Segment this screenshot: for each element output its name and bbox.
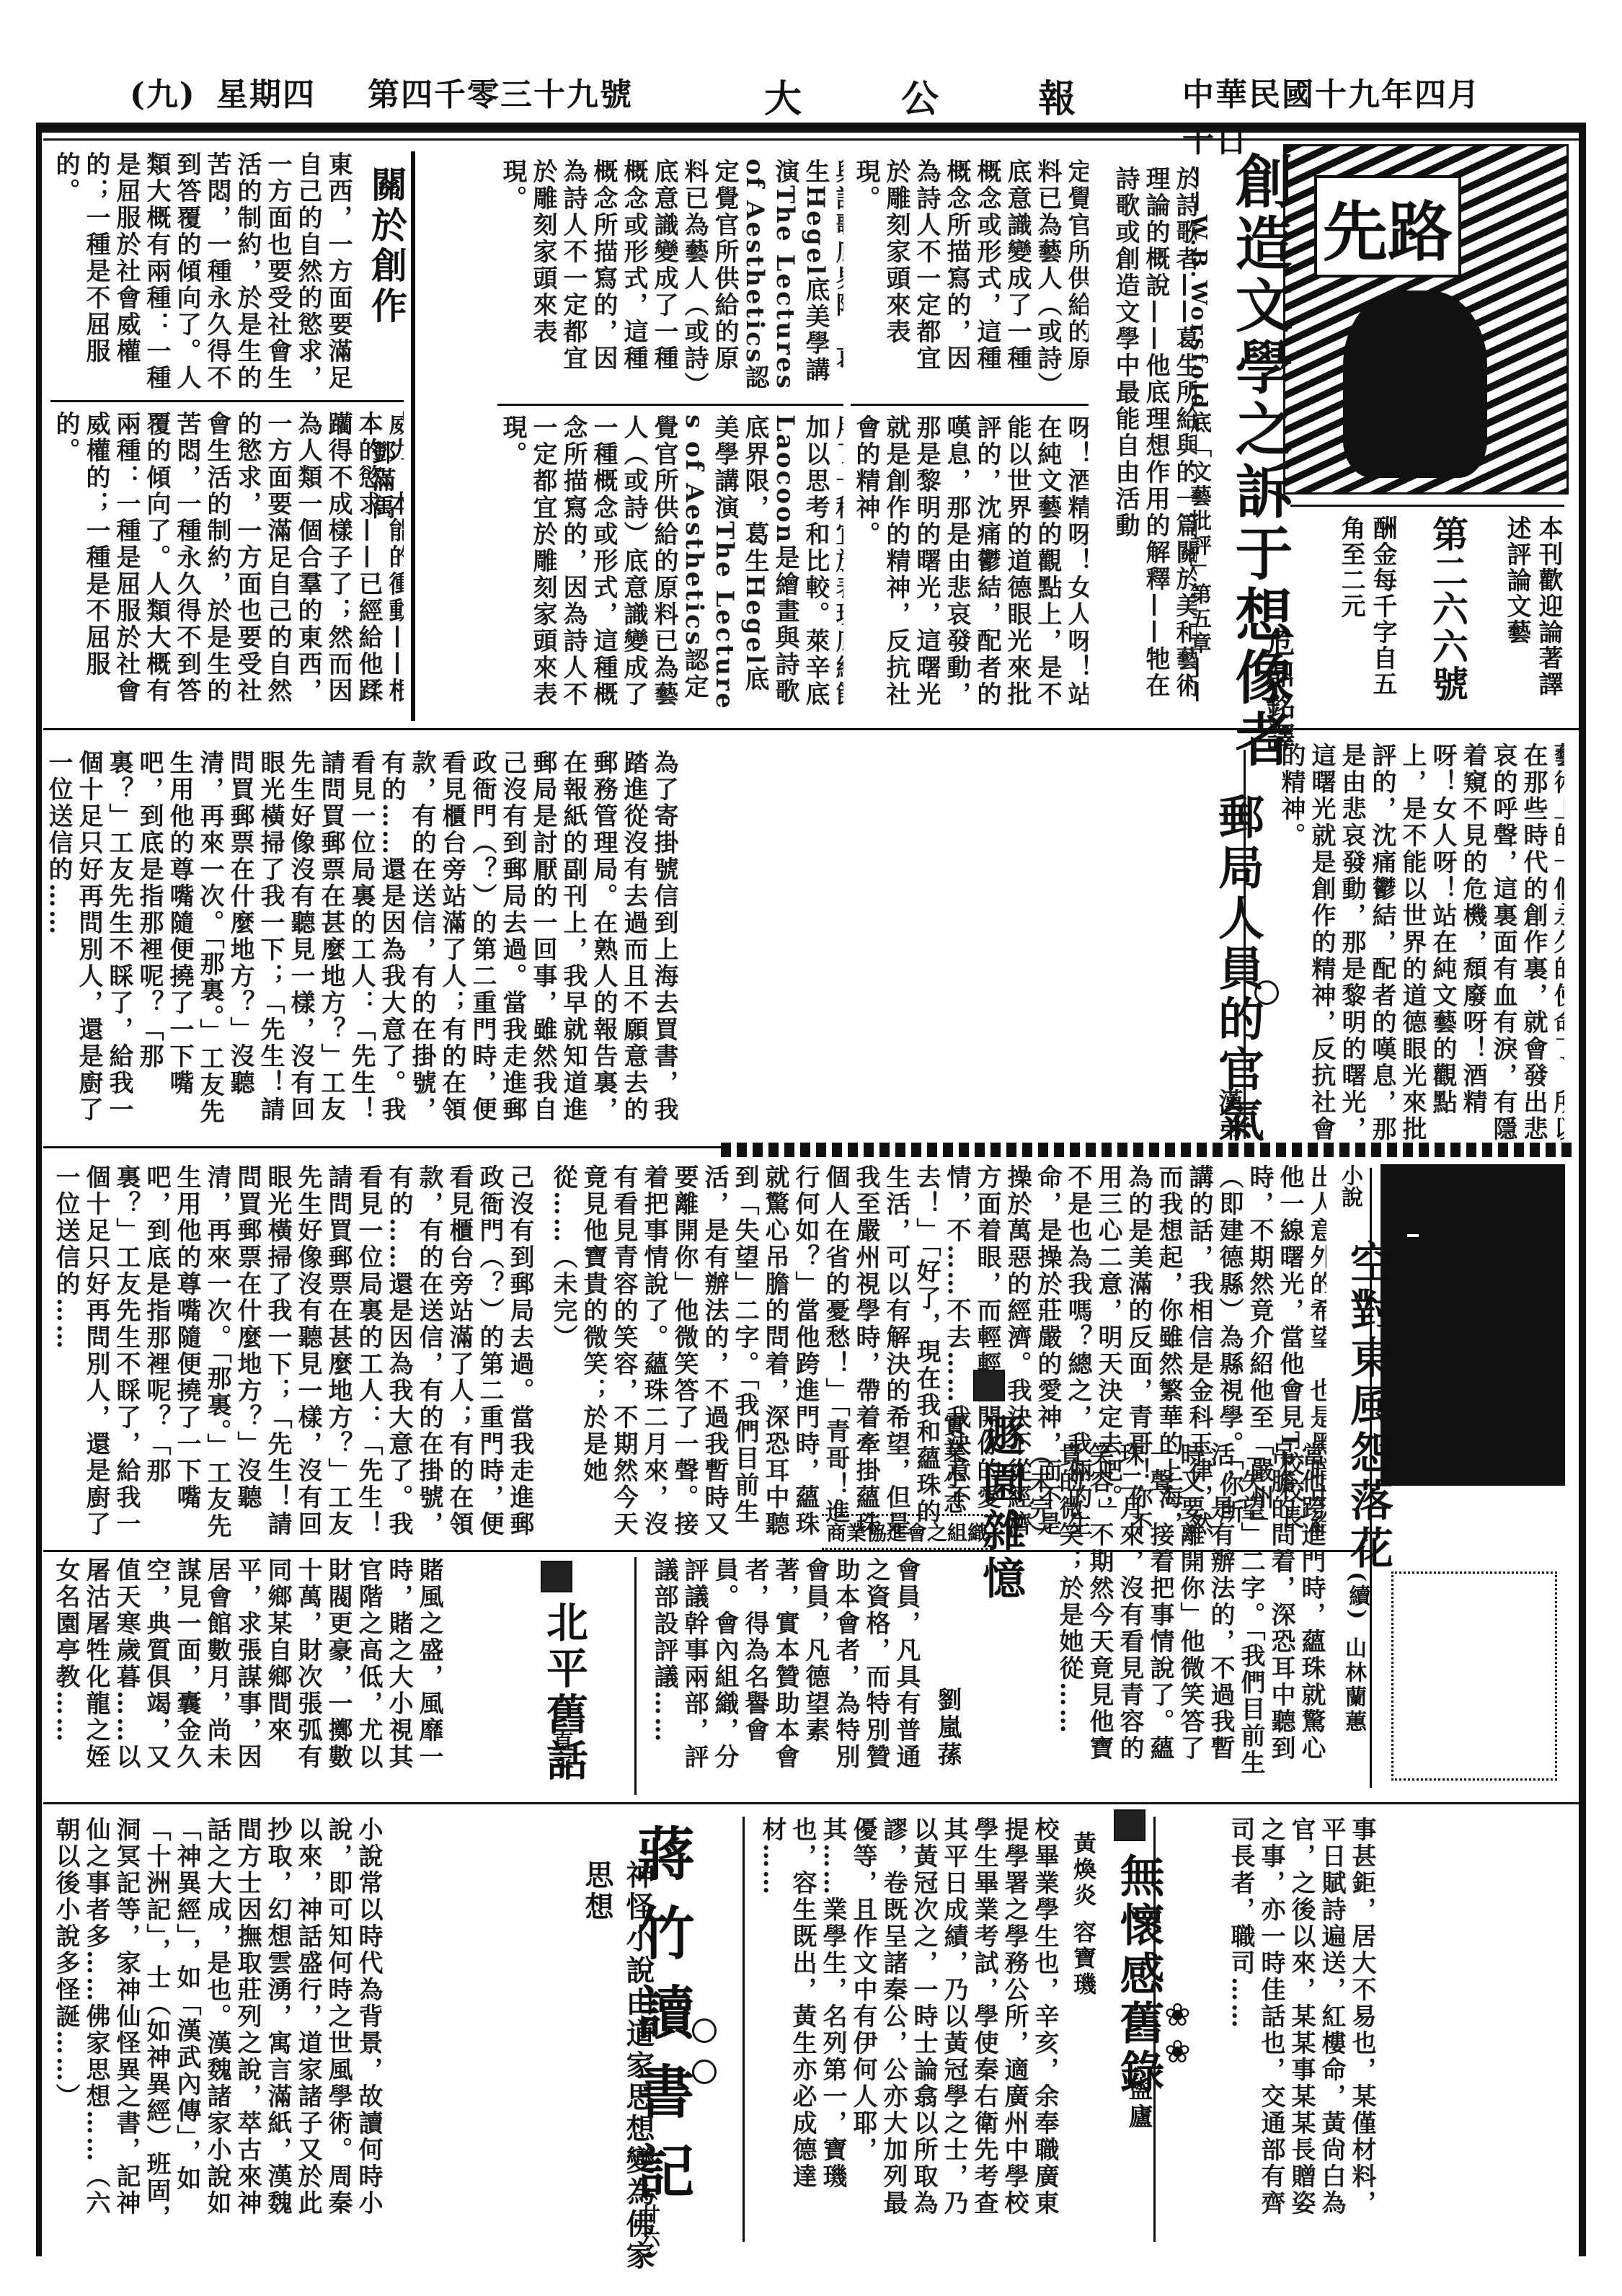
xianlu-info-box: 本刊歡迎論著譯述評論文藝 第二六六號 酬金每千字自五角至二元: [1298, 515, 1564, 724]
author-wuhuai: 盥廬: [1121, 2076, 1156, 2131]
article-body-cont3: 我人現在應當感謝阿迪生之引用十七世紀的心理學，以從事於文學底藝術的評論，一念或形…: [497, 415, 843, 717]
dunyuan-body: 二十五人，為議事機關，幹事部分總務編輯交際調查四股，為執行機關，各職員之產生方法…: [649, 1557, 923, 1795]
section-label: 實業小志: [937, 1413, 970, 1517]
post-office-body-cont: 為了寄掛號信到上海去買書，我踏進從沒有去過而且不願意去的郵務管理局。在熟人的報告…: [50, 1164, 533, 1546]
on-creation-body-cont: 宇宙一切的現象，是不是都可以照孔德的實證論來解決？埃荷萊蒙的「世界的七不思議」是…: [50, 411, 404, 721]
article-title-wuhuai: 無懷感舊錄: [1107, 1853, 1171, 2098]
rule: [43, 138, 1579, 141]
paper-name: 大 公 報: [764, 68, 1119, 123]
author-post-office: 漢弟: [1211, 1089, 1246, 1143]
article-body-cont: 於不服社會威權考中的健全的份子，那末他發憤的呼聲，也含着他民族時代的悲痛與社會背…: [851, 415, 1089, 717]
xianlu-woodcut: 先路: [1283, 144, 1569, 495]
wuhuai-body: 黃煥炎容寶璣者，均廣東廣州中學校畢業學生也，辛亥，余奉職廣東提學署之學務公所，適…: [757, 1817, 1060, 2242]
dongfeng-body-cont: 出人意外的希望，也是黑暗中給他一線曙光，當他會見T校校長時，不期然竟介紹他至「嚴…: [1024, 1442, 1326, 1781]
issue-number: 第四千零三十九號: [368, 68, 633, 115]
article-title-on-creation: 關於創作: [360, 166, 412, 327]
jiangzhu-body: 小說常以時代為背景，故讀何時小說，即可知何時之世風學術。周秦以來，神話盛行，道家…: [50, 1817, 384, 2242]
xiaotan-banner: [1404, 1231, 1422, 1240]
beiping-body: 賭風之盛，風靡一時，賭之大小視其官階之高低，尤以財閥更豪，一擲數十萬，財次張弧有…: [50, 1557, 444, 1795]
continued-mark: (續): [1341, 1572, 1373, 1622]
names: 黃煥炎 容寶璣: [1067, 1831, 1100, 1998]
xianlu-banner: 先路: [1314, 175, 1461, 278]
sub-heading: 商業協進會之組織: [822, 1514, 992, 1550]
section-icon: [973, 1370, 1005, 1404]
weekday: 星期四: [216, 68, 316, 115]
article-title-dunyuan: 遯園雜憶: [970, 1413, 1032, 1603]
jiangzhu-subtitle: 神怪小說由道家思想變為佛家思想: [577, 1860, 659, 2296]
right-bottom-body: 事甚鉅，居大不易也，某僅材料，平日賦詩遍送，紅樓命，黃尙白為官，之後以來，某某事…: [1226, 1817, 1377, 2242]
post-office-body: 為了寄掛號信到上海去買書，我踏進從沒有去過而且不願意去的郵務管理局。在熟人的報告…: [43, 750, 679, 1132]
masthead: (九) 星期四 第四千零三十九號 大 公 報 中華民國十九年四月十日: [130, 68, 1485, 119]
author-dongfeng: 山林蘭蕙: [1337, 1636, 1369, 1734]
author-beiping: 直平: [544, 1730, 576, 1779]
column-label: 小說: [1334, 1164, 1365, 1207]
xiaotan-woodcut: [1381, 1164, 1565, 1486]
essay-tail: 於不服社會威權考中的健全的份子，那末他發憤的呼聲，也含着他民族時代的悲痛與社會背…: [1276, 743, 1564, 1146]
on-creation-body: 宇宙一切的現象，是不是都可以照孔德的實證論來解決？埃荷萊蒙的「世界的七不思議」是…: [50, 151, 353, 396]
submission-box: [1391, 1572, 1557, 1781]
diamond-divider: [721, 1143, 1572, 1157]
article-title-dongfeng: 空對東風怨落花: [1337, 1240, 1399, 1573]
section-icon: [541, 1561, 572, 1595]
xianlu-issue: 第二六六號: [1432, 515, 1463, 717]
article-body-cont2: 我人現在應當感謝阿迪生之引用十七世紀的心理學，以從事於文學底藝術的評論，一念或形…: [497, 159, 843, 396]
horseman-icon: [1343, 291, 1487, 478]
page-number: (九): [130, 68, 196, 115]
article-lead: 長短底三種測驗：眞理，諧和，理想——萊辛和葛生——The Laocoon——繪畫…: [1110, 166, 1197, 714]
author-dunyuan: 劉嵐蓀: [930, 1687, 965, 1769]
section-icon: [1114, 1809, 1145, 1844]
article-body: 我人現在應當感謝阿迪生之引用十七世紀的心理學，以從事於文學底藝術的評論，一念或形…: [851, 159, 1089, 396]
translator: 危鼎銘譯: [1258, 627, 1299, 754]
